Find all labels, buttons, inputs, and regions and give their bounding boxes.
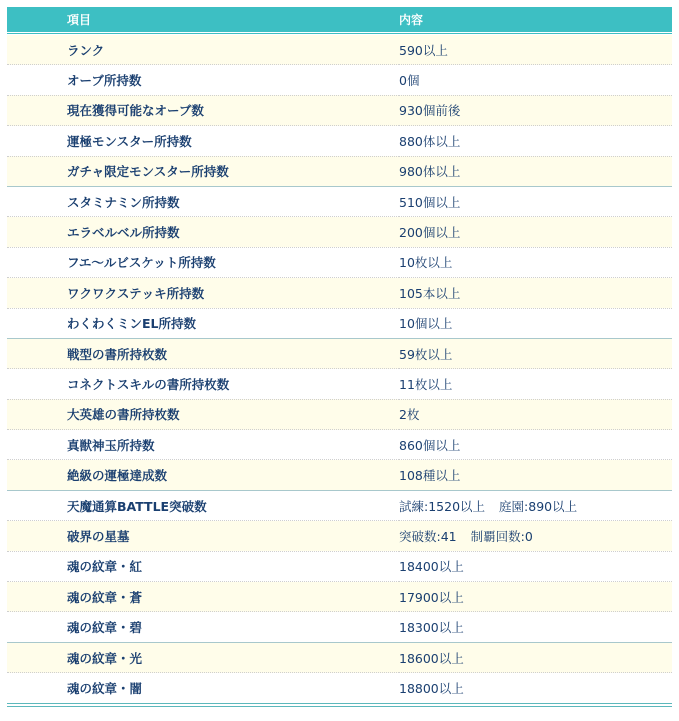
- account-info-table-container: 項目 内容 ランク 590以上 オーブ所持数 0個 現在獲得可能なオーブ数 93…: [7, 7, 672, 707]
- row-item: エラベルベル所持数: [7, 217, 399, 247]
- row-item: 戦型の書所持枚数: [7, 338, 399, 368]
- row-item: フエ～ルビスケット所持数: [7, 247, 399, 277]
- row-value: 880体以上: [399, 126, 672, 156]
- row-value: 11枚以上: [399, 369, 672, 399]
- table-row: 魂の紋章・紅 18400以上: [7, 551, 672, 581]
- row-value: 2枚: [399, 399, 672, 429]
- row-value: 18300以上: [399, 612, 672, 642]
- row-item: 魂の紋章・碧: [7, 612, 399, 642]
- row-item: 魂の紋章・光: [7, 642, 399, 672]
- row-value: 108種以上: [399, 460, 672, 490]
- header-value: 内容: [399, 7, 672, 34]
- header-item: 項目: [7, 7, 399, 34]
- row-value: 18600以上: [399, 642, 672, 672]
- row-item: 魂の紋章・闇: [7, 673, 399, 705]
- row-item: 破界の星墓: [7, 521, 399, 551]
- account-info-table: 項目 内容 ランク 590以上 オーブ所持数 0個 現在獲得可能なオーブ数 93…: [7, 7, 672, 707]
- row-value-part: 庭園:890以上: [499, 499, 577, 514]
- row-item: ガチャ限定モンスター所持数: [7, 156, 399, 186]
- table-row: 破界の星墓 突破数:41制覇回数:0: [7, 521, 672, 551]
- row-item: スタミナミン所持数: [7, 186, 399, 216]
- table-row: 戦型の書所持枚数 59枚以上: [7, 338, 672, 368]
- table-row: 大英雄の書所持枚数 2枚: [7, 399, 672, 429]
- row-item: ワクワクステッキ所持数: [7, 278, 399, 308]
- row-value: 860個以上: [399, 430, 672, 460]
- row-value: 17900以上: [399, 582, 672, 612]
- row-item: 運極モンスター所持数: [7, 126, 399, 156]
- row-item: ランク: [7, 34, 399, 65]
- row-value: 59枚以上: [399, 338, 672, 368]
- row-item: 絶級の運極達成数: [7, 460, 399, 490]
- table-row: 魂の紋章・闇 18800以上: [7, 673, 672, 705]
- row-value-part: 試練:1520以上: [399, 499, 485, 514]
- table-header-row: 項目 内容: [7, 7, 672, 34]
- table-row: 魂の紋章・碧 18300以上: [7, 612, 672, 642]
- row-value-part: 突破数:41: [399, 529, 457, 544]
- row-value: 突破数:41制覇回数:0: [399, 521, 672, 551]
- row-item: わくわくミンEL所持数: [7, 308, 399, 338]
- row-value: 930個前後: [399, 95, 672, 125]
- row-value: 18400以上: [399, 551, 672, 581]
- table-row: 現在獲得可能なオーブ数 930個前後: [7, 95, 672, 125]
- row-value: 590以上: [399, 34, 672, 65]
- table-row: ガチャ限定モンスター所持数 980体以上: [7, 156, 672, 186]
- row-item: コネクトスキルの書所持枚数: [7, 369, 399, 399]
- row-item: オーブ所持数: [7, 65, 399, 95]
- table-row: ランク 590以上: [7, 34, 672, 65]
- row-value: 10枚以上: [399, 247, 672, 277]
- table-row: 天魔通算BATTLE突破数 試練:1520以上庭園:890以上: [7, 490, 672, 520]
- table-row: 真獣神玉所持数 860個以上: [7, 430, 672, 460]
- table-row: フエ～ルビスケット所持数 10枚以上: [7, 247, 672, 277]
- row-item: 真獣神玉所持数: [7, 430, 399, 460]
- table-row: エラベルベル所持数 200個以上: [7, 217, 672, 247]
- row-value: 試練:1520以上庭園:890以上: [399, 490, 672, 520]
- row-value: 980体以上: [399, 156, 672, 186]
- row-item: 現在獲得可能なオーブ数: [7, 95, 399, 125]
- row-item: 魂の紋章・蒼: [7, 582, 399, 612]
- row-value-part: 制覇回数:0: [471, 529, 533, 544]
- row-value: 105本以上: [399, 278, 672, 308]
- table-row: わくわくミンEL所持数 10個以上: [7, 308, 672, 338]
- row-value: 18800以上: [399, 673, 672, 705]
- row-value: 510個以上: [399, 186, 672, 216]
- row-item: 魂の紋章・紅: [7, 551, 399, 581]
- table-row: 魂の紋章・蒼 17900以上: [7, 582, 672, 612]
- table-row: コネクトスキルの書所持枚数 11枚以上: [7, 369, 672, 399]
- table-row: 運極モンスター所持数 880体以上: [7, 126, 672, 156]
- table-row: ワクワクステッキ所持数 105本以上: [7, 278, 672, 308]
- row-item: 大英雄の書所持枚数: [7, 399, 399, 429]
- table-row: スタミナミン所持数 510個以上: [7, 186, 672, 216]
- row-item: 天魔通算BATTLE突破数: [7, 490, 399, 520]
- row-value: 200個以上: [399, 217, 672, 247]
- table-row: オーブ所持数 0個: [7, 65, 672, 95]
- table-row: 絶級の運極達成数 108種以上: [7, 460, 672, 490]
- table-row: 魂の紋章・光 18600以上: [7, 642, 672, 672]
- row-value: 10個以上: [399, 308, 672, 338]
- row-value: 0個: [399, 65, 672, 95]
